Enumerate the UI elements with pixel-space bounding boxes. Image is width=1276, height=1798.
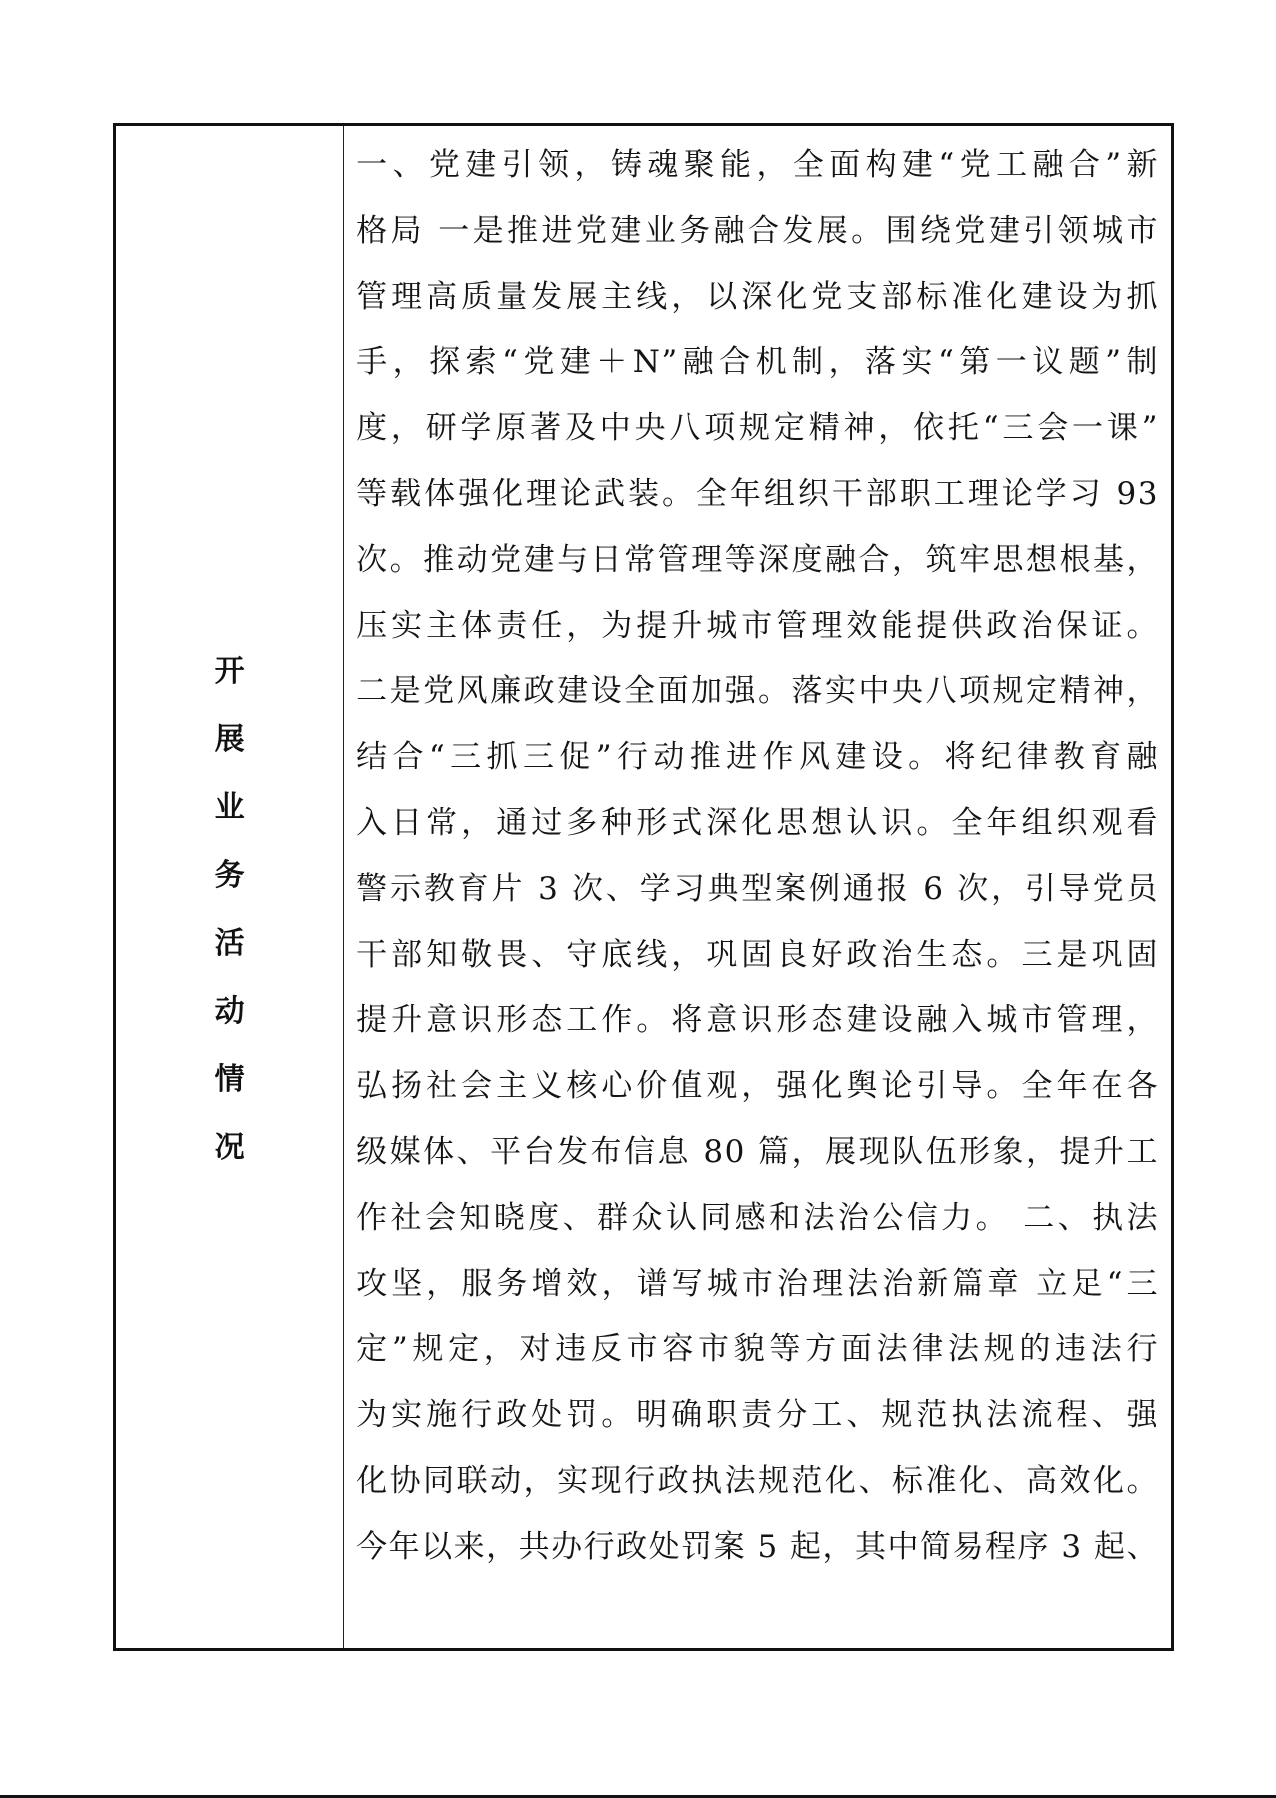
- content-line: 等载体强化理论武装。全年组织干部职工理论学习 93: [356, 462, 1159, 528]
- content-line: 作社会知晓度、群众认同感和法治公信力。 二、执法: [356, 1186, 1159, 1252]
- content-line: 管理高质量发展主线，以深化党支部标准化建设为抓: [356, 265, 1159, 331]
- content-line: 今年以来，共办行政处罚案 5 起，其中简易程序 3 起、: [356, 1515, 1159, 1581]
- label-char: 业: [215, 774, 245, 842]
- row-label-cell: 开 展 业 务 活 动 情 况: [116, 126, 344, 1648]
- content-line: 次。推动党建与日常管理等深度融合，筑牢思想根基，: [356, 528, 1159, 594]
- content-line: 二是党风廉政建设全面加强。落实中央八项规定精神，: [356, 659, 1159, 725]
- label-char: 务: [215, 842, 245, 910]
- content-line: 级媒体、平台发布信息 80 篇，展现队伍形象，提升工: [356, 1120, 1159, 1186]
- label-char: 展: [215, 706, 245, 774]
- content-line: 格局 一是推进党建业务融合发展。围绕党建引领城市: [356, 199, 1159, 265]
- activity-content-cell: 一、党建引领，铸魂聚能，全面构建“党工融合”新 格局 一是推进党建业务融合发展。…: [344, 126, 1171, 1648]
- content-line: 定”规定，对违反市容市貌等方面法律法规的违法行: [356, 1317, 1159, 1383]
- content-line: 手，探索“党建＋N”融合机制，落实“第一议题”制: [356, 330, 1159, 396]
- content-line: 干部知敬畏、守底线，巩固良好政治生态。三是巩固: [356, 923, 1159, 989]
- label-char: 开: [215, 638, 245, 706]
- label-char: 情: [215, 1046, 245, 1114]
- content-line: 度，研学原著及中央八项规定精神，依托“三会一课”: [356, 396, 1159, 462]
- content-line: 为实施行政处罚。明确职责分工、规范执法流程、强: [356, 1383, 1159, 1449]
- label-char: 活: [215, 910, 245, 978]
- label-char: 况: [215, 1114, 245, 1182]
- content-line: 攻坚，服务增效，谱写城市治理法治新篇章 立足“三: [356, 1252, 1159, 1318]
- content-line: 一、党建引领，铸魂聚能，全面构建“党工融合”新: [356, 133, 1159, 199]
- content-line: 警示教育片 3 次、学习典型案例通报 6 次，引导党员: [356, 857, 1159, 923]
- content-line: 压实主体责任，为提升城市管理效能提供政治保证。: [356, 594, 1159, 660]
- content-line: 化协同联动，实现行政执法规范化、标准化、高效化。: [356, 1449, 1159, 1515]
- content-line: 入日常，通过多种形式深化思想认识。全年组织观看: [356, 791, 1159, 857]
- label-char: 动: [215, 978, 245, 1046]
- content-line: 结合“三抓三促”行动推进作风建设。将纪律教育融: [356, 725, 1159, 791]
- activity-report-table: 开 展 业 务 活 动 情 况 一、党建引领，铸魂聚能，全面构建“党工融合”新 …: [113, 123, 1174, 1651]
- content-line: 提升意识形态工作。将意识形态建设融入城市管理，: [356, 988, 1159, 1054]
- content-line: 弘扬社会主义核心价值观，强化舆论引导。全年在各: [356, 1054, 1159, 1120]
- row-label-vertical: 开 展 业 务 活 动 情 况: [116, 638, 343, 1182]
